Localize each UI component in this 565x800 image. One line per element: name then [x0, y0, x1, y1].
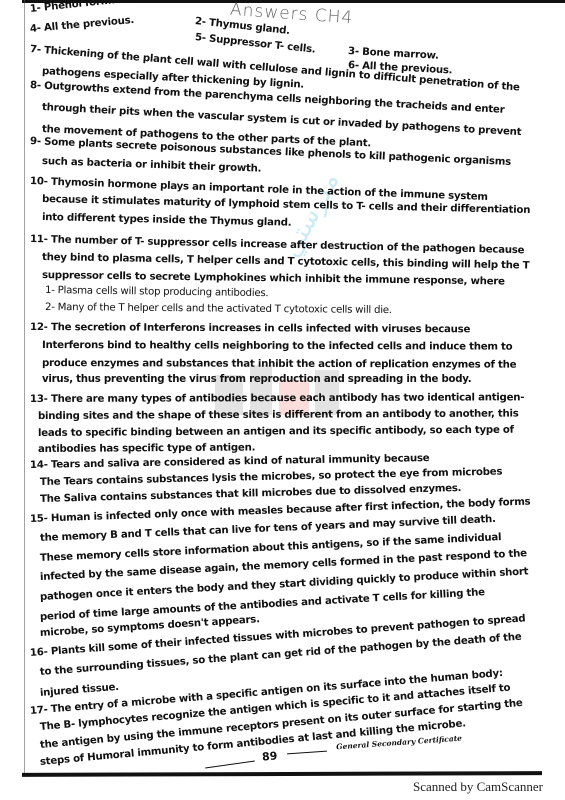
answer-13-line-1: 13- There are many types of antibodies b… — [30, 392, 524, 405]
answer-12-line-1: 12- The secretion of Interferons increas… — [30, 322, 470, 335]
answer-9-line-2: such as bacteria or inhibit their growth… — [42, 156, 262, 175]
footer-dash-right — [287, 751, 327, 755]
answer-14-line-1: 14- Tears and saliva are considered as k… — [30, 453, 430, 471]
page-number: 89 — [261, 749, 277, 763]
scanner-credit: Scanned by CamScanner — [413, 779, 543, 795]
left-page-border — [24, 0, 25, 775]
answer-11-line-2: they bind to plasma cells, T helper cell… — [42, 252, 530, 272]
answer-13-line-2: binding sites and the shape of these sit… — [38, 408, 519, 422]
answer-12-line-3: produce enzymes and substances that inhi… — [42, 358, 516, 371]
footer-dash-left — [205, 761, 255, 769]
answer-16-line-3: injured tissue. — [40, 682, 120, 699]
answer-13-line-3: leads to specific binding between an ant… — [38, 425, 514, 439]
answer-13-line-4: antibodies has specific type of antigen. — [38, 442, 255, 455]
answer-3: 3- Bone marrow. — [348, 46, 439, 62]
answer-1: 1- Phenol formation. — [29, 0, 143, 15]
answer-11-line-4: 1- Plasma cells will stop producing anti… — [45, 285, 269, 299]
bottom-page-border — [22, 771, 542, 777]
answer-11-line-3: suppressor cells to secrete Lymphokines … — [42, 270, 505, 287]
answer-4: 4- All the previous. — [30, 15, 135, 35]
answer-12-line-2: Interferons bind to healthy cells neighb… — [42, 340, 512, 353]
answer-12-line-4: virus, thus preventing the virus from re… — [42, 374, 471, 385]
answer-10-line-3: into different types inside the Thymus g… — [42, 212, 292, 229]
answer-11-line-5: 2- Many of the T helper cells and the ac… — [45, 302, 392, 316]
answer-5: 5- Suppressor T- cells. — [194, 32, 316, 56]
